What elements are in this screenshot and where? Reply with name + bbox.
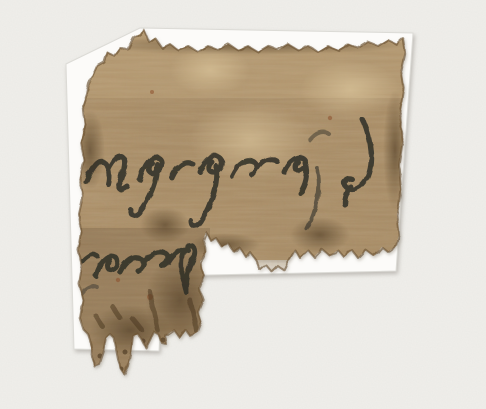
papyrus-scan-image — [0, 0, 486, 409]
